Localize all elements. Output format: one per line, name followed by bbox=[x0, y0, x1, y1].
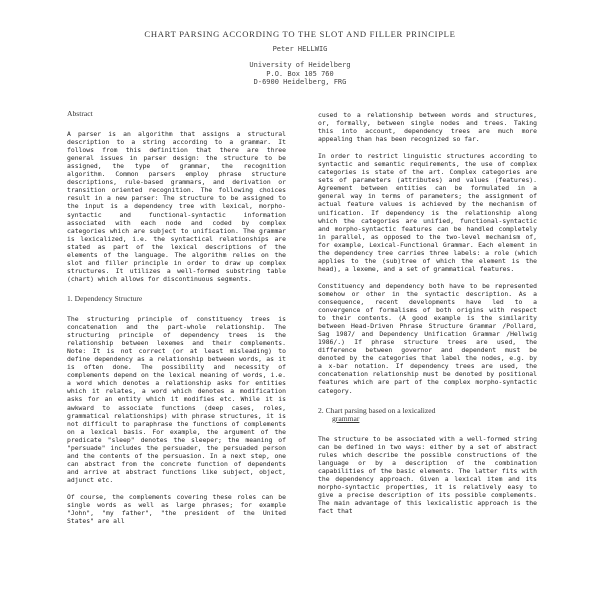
paragraph: In order to restrict linguistic structur… bbox=[318, 152, 537, 273]
paper-title: CHART PARSING ACCORDING TO THE SLOT AND … bbox=[0, 29, 600, 39]
section-2-heading-line2: grammar bbox=[332, 414, 359, 423]
paragraph: cused to a relationship between words an… bbox=[318, 111, 537, 143]
paragraph: Constituency and dependency both have to… bbox=[318, 282, 537, 395]
section-1-heading: 1. Dependency Structure bbox=[67, 295, 286, 303]
affiliation-line: University of Heidelberg bbox=[0, 61, 600, 70]
section-2-heading: 2. Chart parsing based on a lexicalized … bbox=[318, 407, 537, 423]
affiliation: University of Heidelberg P.O. Box 105 76… bbox=[0, 61, 600, 87]
abstract-heading: Abstract bbox=[67, 110, 286, 118]
right-column: cused to a relationship between words an… bbox=[318, 111, 537, 524]
author-name: Peter HELLWIG bbox=[0, 45, 600, 53]
paragraph: The structure to be associated with a we… bbox=[318, 435, 537, 515]
abstract-text: A parser is an algorithm that assigns a … bbox=[67, 130, 286, 283]
paragraph: The structuring principle of constituenc… bbox=[67, 315, 286, 484]
paragraph: Of course, the complements covering thes… bbox=[67, 493, 286, 525]
left-column: Abstract A parser is an algorithm that a… bbox=[67, 110, 286, 534]
affiliation-line: P.O. Box 105 760 bbox=[0, 70, 600, 79]
affiliation-line: D-6900 Heidelberg, FRG bbox=[0, 78, 600, 87]
